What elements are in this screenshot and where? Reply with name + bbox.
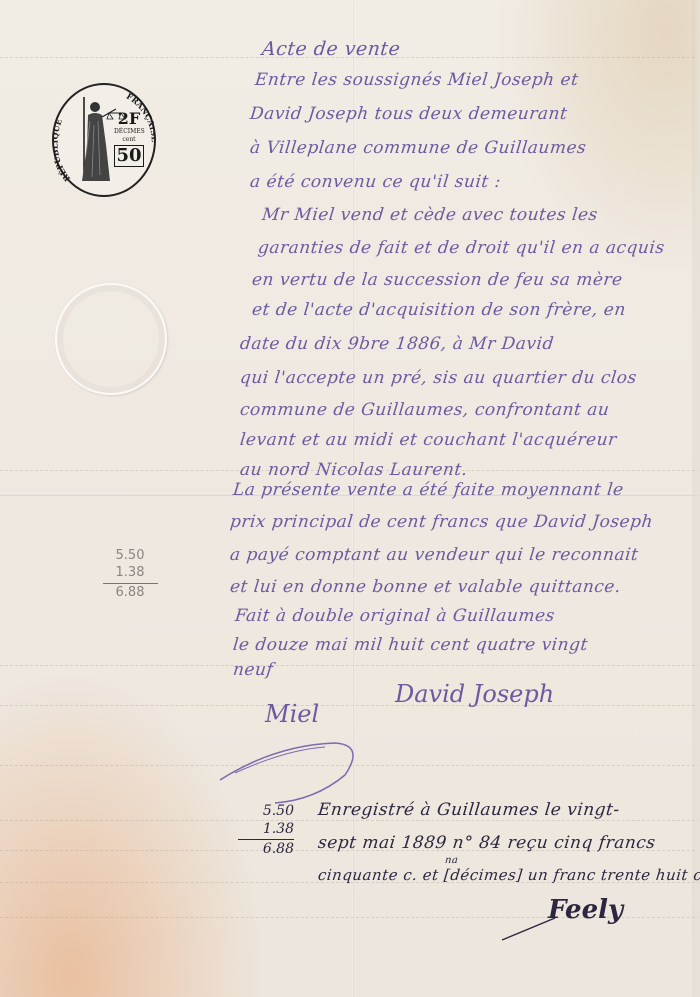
- body-line: Mr Miel vend et cède avec toutes les: [261, 205, 599, 225]
- body-line: garanties de fait et de droit qu'il en a…: [257, 238, 666, 258]
- pencil-total: 6.88: [95, 584, 165, 601]
- body-line: date du dix 9bre 1886, à Mr David: [239, 334, 555, 354]
- stamp-legend-left: RÉPUBLIQUE: [54, 117, 72, 183]
- tax-stamp: RÉPUBLIQUE FRANÇAISE 2F DÉCIMES cent 50: [52, 83, 156, 197]
- body-line: et lui en donne bonne et valable quittan…: [229, 577, 622, 597]
- body-line: levant et au midi et couchant l'acquéreu…: [239, 430, 618, 450]
- body-line: David Joseph tous deux demeurant: [249, 104, 568, 124]
- body-line: Entre les soussignés Miel Joseph et: [254, 70, 580, 90]
- body-line: en vertu de la succession de feu sa mère: [251, 270, 624, 290]
- body-line: le douze mai mil huit cent quatre vingt: [232, 635, 589, 655]
- seller-signature: Miel: [265, 700, 319, 728]
- registration-line: sept mai 1889 n° 84 reçu cinq francs: [317, 833, 657, 853]
- embossed-seal: [55, 283, 167, 395]
- registration-amounts: 5.50 1.38 6.88: [238, 802, 294, 858]
- body-line: a payé comptant au vendeur qui le reconn…: [229, 545, 639, 565]
- ruled-line: [0, 820, 700, 821]
- stamp-value-main: 50: [114, 145, 144, 167]
- body-line: neuf: [232, 660, 274, 680]
- registration-total: 6.88: [238, 840, 294, 858]
- registration-superscript: na: [444, 855, 459, 866]
- body-line: au nord Nicolas Laurent.: [239, 460, 469, 480]
- body-line: qui l'accepte un pré, sis au quartier du…: [239, 368, 638, 388]
- body-line: commune de Guillaumes, confrontant au: [239, 400, 610, 420]
- stamp-value-cent: cent: [114, 137, 144, 143]
- pencil-amount-2: 1.38: [95, 564, 165, 581]
- registration-amount-1: 5.50: [238, 802, 294, 820]
- pencil-amount-1: 5.50: [95, 547, 165, 564]
- body-line: à Villeplane commune de Guillaumes: [249, 138, 587, 158]
- body-line: Fait à double original à Guillaumes: [234, 606, 556, 626]
- ruled-line: [0, 705, 700, 706]
- registration-line: cinquante c. et [décimes] un franc trent…: [317, 866, 700, 884]
- signature-flourish-icon: [215, 725, 355, 805]
- stamp-denomination: 2F DÉCIMES cent 50: [114, 111, 144, 167]
- body-line: prix principal de cent francs que David …: [229, 512, 654, 532]
- registrar-signature: Feely: [548, 895, 623, 925]
- stamp-value-sub: DÉCIMES: [114, 129, 144, 135]
- body-line: a été convenu ce qu'il suit :: [249, 172, 502, 192]
- buyer-signature: David Joseph: [395, 680, 554, 708]
- ruled-line: [0, 665, 700, 666]
- paper-edge: [692, 0, 700, 997]
- body-line: La présente vente a été faite moyennant …: [232, 480, 625, 500]
- registration-amount-2: 1.38: [238, 820, 294, 838]
- document-page: RÉPUBLIQUE FRANÇAISE 2F DÉCIMES cent 50 …: [0, 0, 700, 997]
- document-title: Acte de vente: [261, 38, 402, 60]
- pencil-margin-sum: 5.50 1.38 6.88: [95, 547, 165, 601]
- body-line: et de l'acte d'acquisition de son frère,…: [251, 300, 627, 320]
- registration-line: Enregistré à Guillaumes le vingt-: [317, 800, 621, 820]
- stamp-value-top: 2F: [118, 109, 141, 128]
- svg-text:RÉPUBLIQUE: RÉPUBLIQUE: [54, 117, 72, 183]
